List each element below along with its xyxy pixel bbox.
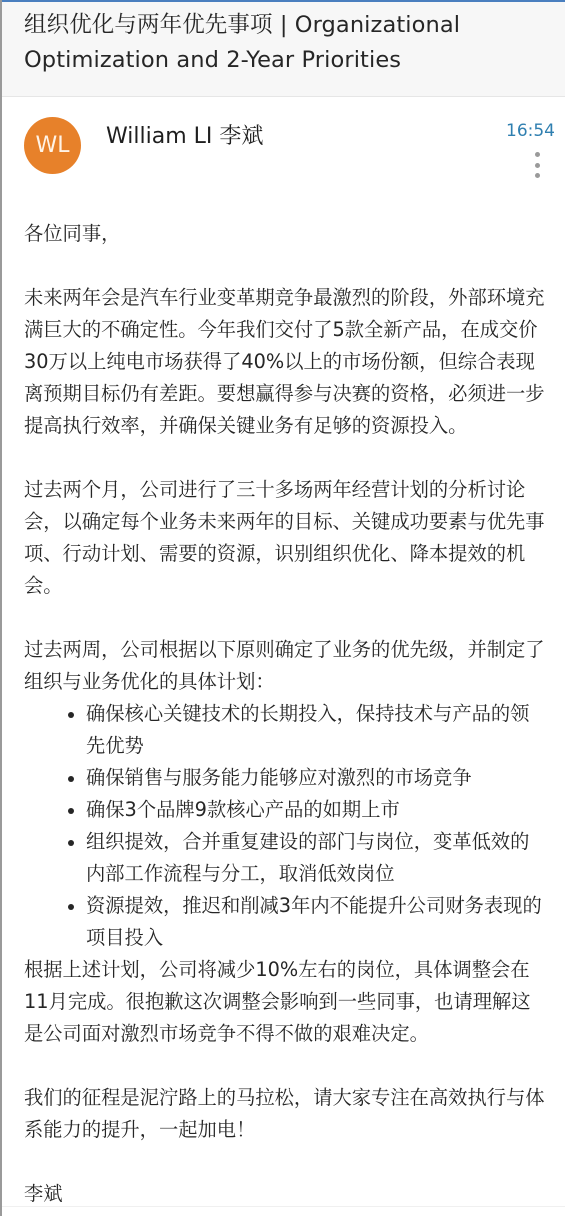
list-item: 确保销售与服务能力能够应对激烈的市场竞争 (86, 762, 548, 794)
list-item: 确保核心关键技术的长期投入，保持技术与产品的领先优势 (86, 698, 548, 762)
email-header: WL William LI 李斌 16:54 (2, 97, 565, 207)
dot (535, 163, 540, 168)
dot (535, 173, 540, 178)
paragraph-2: 过去两个月，公司进行了三十多场两年经营计划的分析讨论会，以确定每个业务未来两年的… (24, 474, 548, 602)
divider (2, 1206, 565, 1207)
subject-bar: 组织优化与两年优先事项 | Organizational Optimizatio… (2, 2, 565, 97)
email-body: 各位同事， 未来两年会是汽车行业变革期竞争最激烈的阶段，外部环境充满巨大的不确定… (24, 218, 548, 1210)
email-subject: 组织优化与两年优先事项 | Organizational Optimizatio… (24, 8, 544, 78)
priority-list: 确保核心关键技术的长期投入，保持技术与产品的领先优势 确保销售与服务能力能够应对… (24, 698, 548, 954)
dot (535, 152, 540, 157)
paragraph-4: 根据上述计划，公司将减少10%左右的岗位，具体调整会在11月完成。很抱歉这次调整… (24, 954, 548, 1050)
greeting: 各位同事， (24, 218, 548, 250)
list-item: 资源提效，推迟和削减3年内不能提升公司财务表现的项目投入 (86, 890, 548, 954)
paragraph-3-intro: 过去两周，公司根据以下原则确定了业务的优先级，并制定了组织与业务优化的具体计划： (24, 634, 548, 698)
paragraph-5: 我们的征程是泥泞路上的马拉松，请大家专注在高效执行与体系能力的提升，一起加电！ (24, 1082, 548, 1146)
list-item: 确保3个品牌9款核心产品的如期上市 (86, 794, 548, 826)
list-item: 组织提效，合并重复建设的部门与岗位，变革低效的内部工作流程与分工，取消低效岗位 (86, 826, 548, 890)
more-vertical-icon[interactable] (533, 152, 541, 178)
avatar[interactable]: WL (24, 117, 81, 174)
paragraph-1: 未来两年会是汽车行业变革期竞争最激烈的阶段，外部环境充满巨大的不确定性。今年我们… (24, 282, 548, 442)
sender-name[interactable]: William LI 李斌 (106, 119, 263, 150)
email-time: 16:54 (506, 121, 555, 141)
